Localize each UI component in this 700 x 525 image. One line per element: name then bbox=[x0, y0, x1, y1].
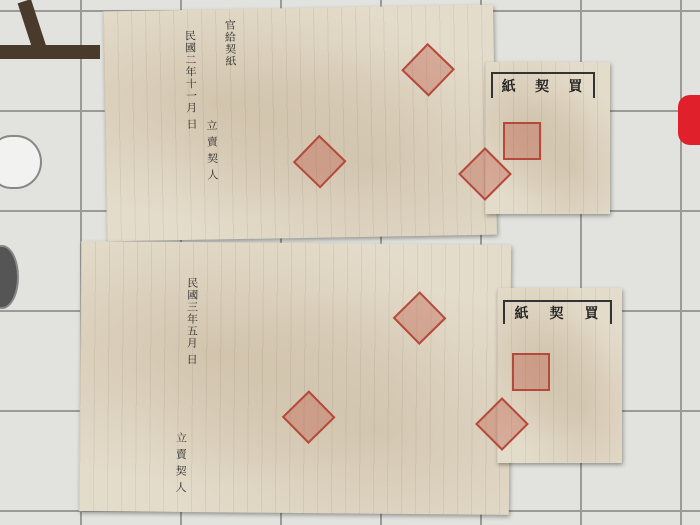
red-seal bbox=[401, 43, 455, 97]
header-char: 買 bbox=[585, 303, 601, 323]
header-char: 紙 bbox=[502, 76, 518, 96]
header-char: 契 bbox=[550, 303, 566, 323]
deed-seller-line: 立 賣 契 人 bbox=[205, 119, 220, 219]
deed-seller-line: 立 賣 契 人 bbox=[174, 432, 188, 512]
top-right-deed: 紙 契 買 bbox=[485, 62, 610, 214]
red-seal bbox=[512, 353, 550, 391]
deed-official-line: 官給契紙 bbox=[223, 19, 238, 139]
top-left-deed: 民國二年十一月 日 官給契紙 立 賣 契 人 bbox=[103, 5, 497, 242]
wooden-stool-leg bbox=[0, 0, 100, 70]
red-seal bbox=[503, 122, 541, 160]
deed-header: 紙 契 買 bbox=[503, 300, 612, 324]
deed-header: 紙 契 買 bbox=[491, 72, 595, 98]
header-char: 紙 bbox=[515, 303, 531, 323]
red-object bbox=[678, 95, 700, 145]
red-seal bbox=[282, 390, 336, 444]
bottom-left-deed: 民國三年五月 日 立 賣 契 人 bbox=[79, 241, 511, 515]
deed-date: 民國三年五月 日 bbox=[184, 277, 198, 437]
red-seal bbox=[393, 291, 447, 345]
header-char: 買 bbox=[568, 76, 584, 96]
red-seal bbox=[293, 135, 347, 189]
deed-date: 民國二年十一月 日 bbox=[183, 30, 199, 190]
header-char: 契 bbox=[535, 76, 551, 96]
